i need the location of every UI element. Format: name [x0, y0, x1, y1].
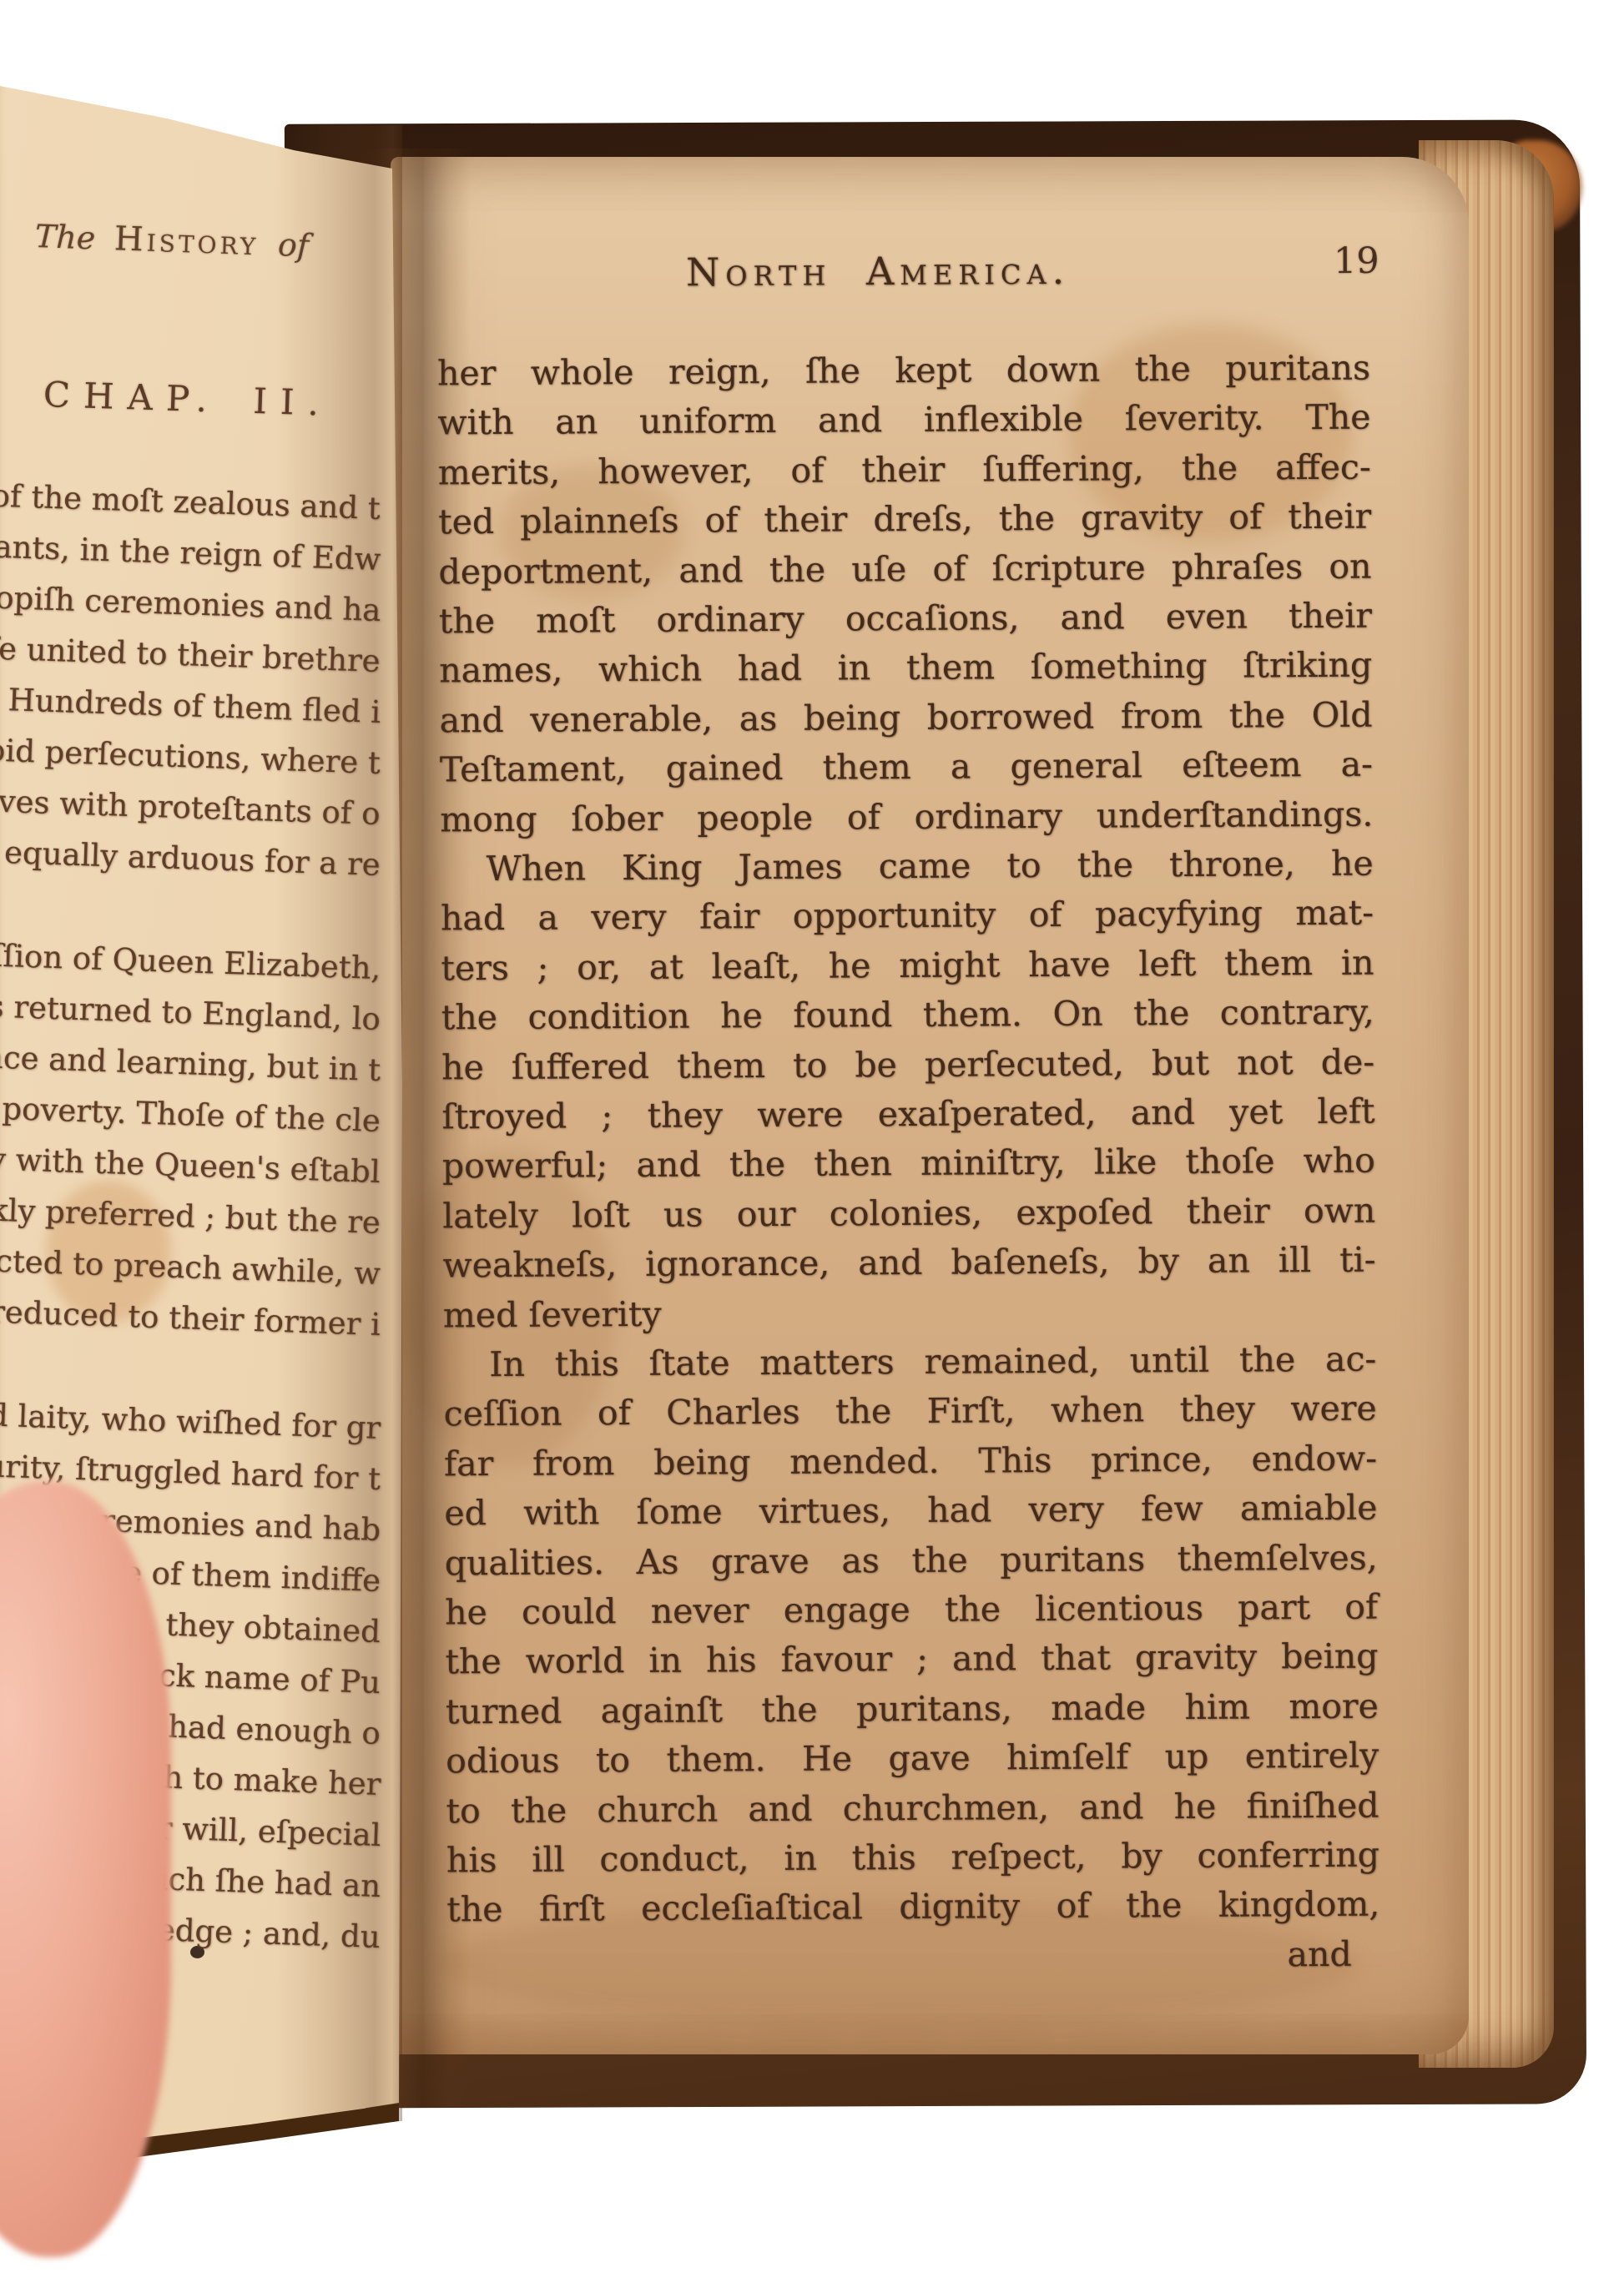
- text-line: had a very fair opportunity of pacyfying…: [441, 893, 1374, 940]
- text-line: turned againſt the puritans, made him mo…: [446, 1686, 1379, 1732]
- text-line: the condition he found them. On the cont…: [441, 992, 1374, 1039]
- text-line: qualities. As grave as the puritans them…: [445, 1537, 1378, 1584]
- text-line: ceſſion of Queen Elizabeth,: [0, 936, 381, 987]
- photo-canvas: North America. 19 her whole reign, ſhe k…: [0, 0, 1624, 2273]
- text-line: . of the moſt zealous and t: [0, 477, 381, 528]
- text-line: merits, however, of their ſuffering, the…: [438, 446, 1371, 493]
- text-line: ters ; or, at leaſt, he might have left …: [441, 942, 1374, 989]
- text-line: teſtants, in the reign of Edw: [0, 527, 381, 578]
- text-line: he ſuffered them to be perſecuted, but n…: [441, 1041, 1374, 1088]
- text-line: mong ſober people of ordinary underſtand…: [440, 794, 1373, 840]
- text-line: kly preferred ; but the re: [0, 1192, 381, 1242]
- text-line: When King James came to the throne, he: [441, 844, 1374, 890]
- text-line: ly with the Queen's eſtabl: [0, 1141, 381, 1191]
- text-line: his ill conduct, in this reſpect, by con…: [446, 1835, 1379, 1882]
- text-line: ts. Hundreds of them fled i: [0, 680, 381, 731]
- text-line: the firſt eccleſiaſtical dignity of the …: [446, 1884, 1379, 1931]
- text-line: mſelves with proteſtants of o: [0, 781, 381, 833]
- text-line: deportment, and the uſe of ſcripture phr…: [438, 546, 1371, 592]
- finger: [0, 1481, 171, 2257]
- text-line: odious to them. He gave himſelf up entir…: [446, 1736, 1379, 1782]
- chapter-heading: CHAP. II.: [43, 374, 332, 424]
- text-line: reduced to their former i: [0, 1293, 381, 1343]
- text-line: far from being mended. This prince, endo…: [444, 1438, 1377, 1484]
- right-page-text: her whole reign, ſhe kept down the purit…: [435, 0, 1382, 2273]
- text-line: gees returned to England, lo: [0, 986, 381, 1038]
- text-line: med ſeverity: [443, 1289, 1376, 1336]
- text-line: weakneſs, ignorance, and baſeneſs, by an…: [442, 1240, 1375, 1287]
- text-line: powerful; and the then miniſtry, like th…: [442, 1141, 1375, 1187]
- text-line: the world in his favour ; and that gravi…: [445, 1636, 1378, 1683]
- text-line: with an uniform and inflexible ſeverity.…: [437, 397, 1370, 444]
- header-word-of: of: [277, 226, 309, 264]
- text-line: ted plainneſs of their dreſs, the gravit…: [438, 496, 1371, 543]
- text-line: rwiſe united to their brethre: [0, 628, 381, 680]
- text-line: her whole reign, ſhe kept down the purit…: [437, 348, 1370, 395]
- text-line: cted to preach awhile, w: [0, 1243, 381, 1293]
- text-line: nd laity, who wiſhed for gr: [0, 1397, 381, 1448]
- running-header-left: The History of: [34, 217, 310, 265]
- text-line: he popiſh ceremonies and ha: [0, 577, 381, 629]
- text-line: ed with ſome virtues, had very few amiab…: [444, 1488, 1377, 1535]
- text-line: ſtroyed ; they were exaſperated, and yet…: [441, 1091, 1374, 1138]
- text-line: nd poverty. Thoſe of the cle: [0, 1089, 381, 1140]
- text-line: ceſſion of Charles the Firſt, when they …: [444, 1388, 1377, 1435]
- text-line: the moſt ordinary occaſions, and even th…: [439, 596, 1372, 643]
- text-line: to avoid perſecutions, where t: [0, 729, 381, 782]
- text-line: Teſtament, gained them a general eſteem …: [440, 744, 1373, 791]
- text-line: to the church and churchmen, and he fini…: [446, 1785, 1379, 1832]
- text-line: were equally arduous for a re: [0, 832, 381, 885]
- text-line: he could never engage the licentious par…: [445, 1587, 1378, 1634]
- text-line: lately loſt us our colonies, expoſed the…: [442, 1190, 1375, 1237]
- text-line: and venerable, as being borrowed from th…: [439, 694, 1372, 741]
- catchword: and: [447, 1933, 1380, 1980]
- text-line: ence and learning, but in t: [0, 1038, 381, 1089]
- header-word-history: History: [113, 219, 260, 263]
- header-word-the: The: [34, 218, 96, 256]
- text-line: names, which had in them ſomething ſtrik…: [439, 645, 1372, 692]
- text-line: In this ſtate matters remained, until th…: [443, 1339, 1376, 1386]
